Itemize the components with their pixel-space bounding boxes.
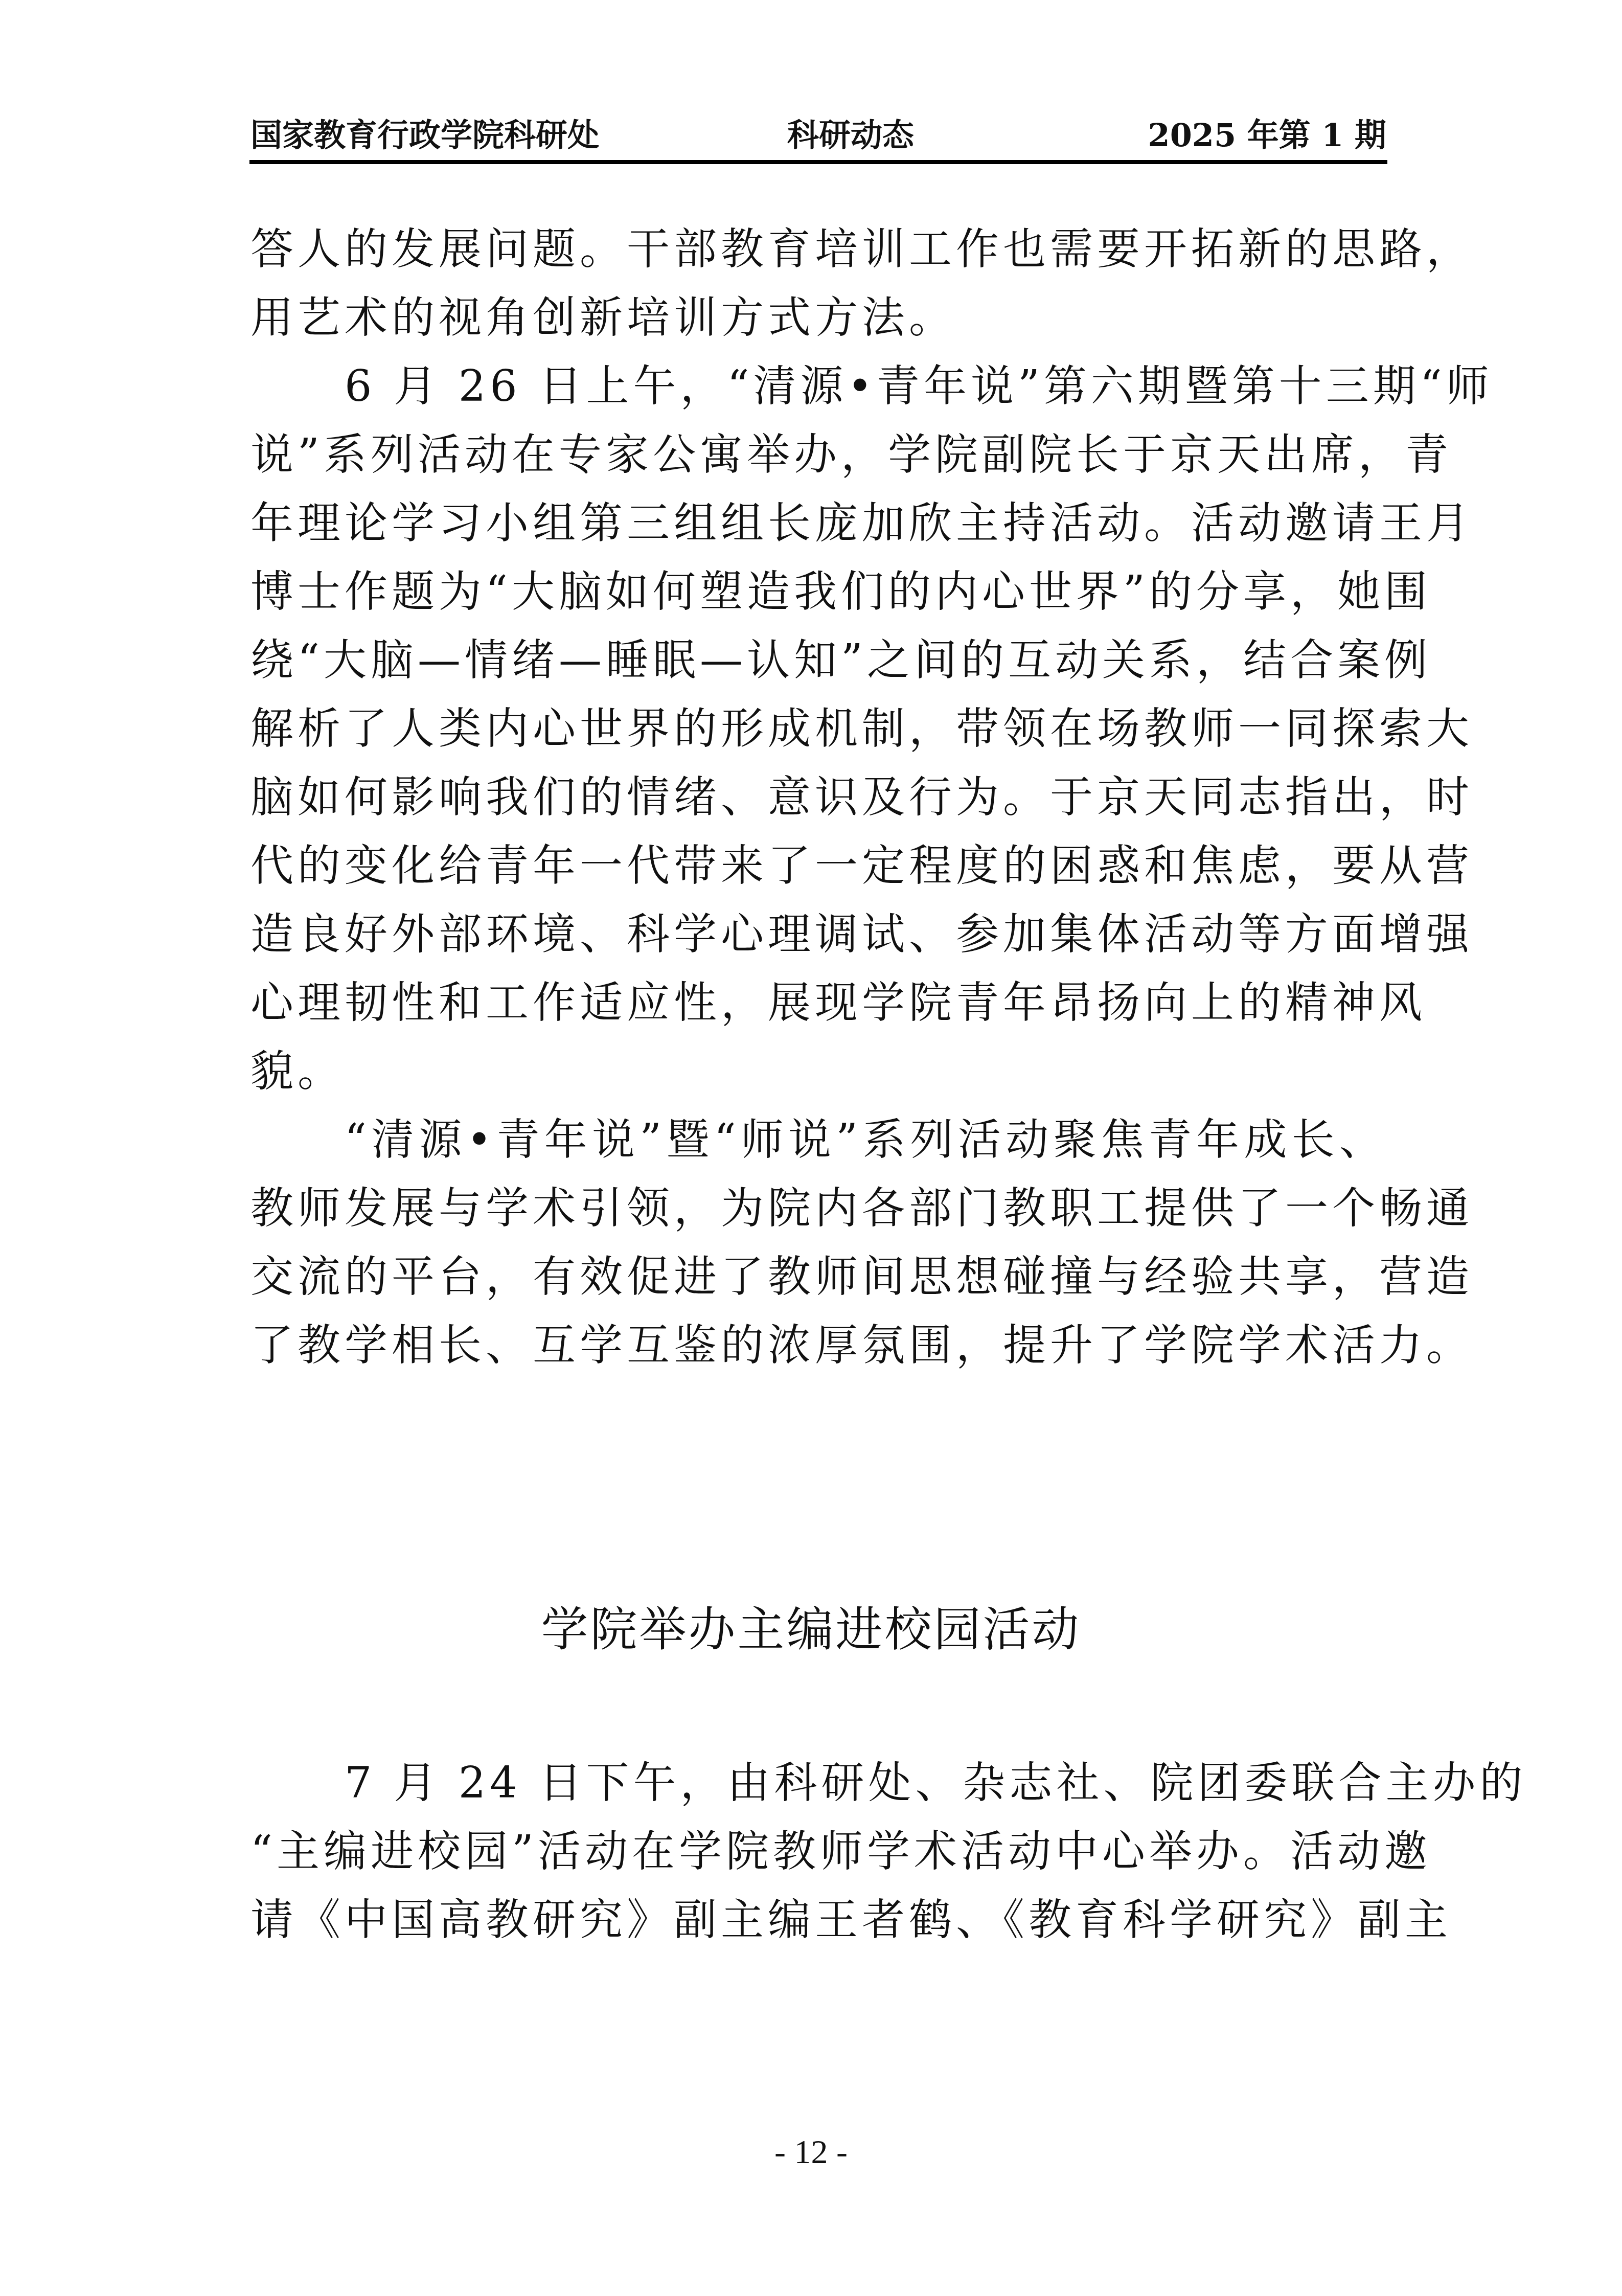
text-line: 交流的平台，有效促进了教师间思想碰撞与经验共享，营造 xyxy=(250,1242,1386,1311)
text-line: 脑如何影响我们的情绪、意识及行为。于京天同志指出，时 xyxy=(250,763,1386,831)
text-line: 7 月 24 日下午，由科研处、杂志社、院团委联合主办的 xyxy=(250,1748,1386,1817)
text-line: 了教学相长、互学互鉴的浓厚氛围，提升了学院学术活力。 xyxy=(250,1311,1386,1379)
paragraph-series-summary: “清源•青年说”暨“师说”系列活动聚焦青年成长、 教师发展与学术引领，为院内各部… xyxy=(250,1105,1386,1379)
text-line: 说”系列活动在专家公寓举办，学院副院长于京天出席，青 xyxy=(250,420,1386,489)
text-line: 6 月 26 日上午，“清源•青年说”第六期暨第十三期“师 xyxy=(250,352,1386,420)
paragraph-editor-event: 7 月 24 日下午，由科研处、杂志社、院团委联合主办的 “主编进校园”活动在学… xyxy=(250,1748,1386,1954)
text-line: 用艺术的视角创新培训方式方法。 xyxy=(250,283,1386,352)
text-line: 心理韧性和工作适应性，展现学院青年昂扬向上的精神风 xyxy=(250,968,1386,1037)
text-line: 教师发展与学术引领，为院内各部门教职工提供了一个畅通 xyxy=(250,1174,1386,1242)
running-header: 国家教育行政学院科研处 科研动态 2025 年第 1 期 xyxy=(250,115,1386,156)
header-publication-title: 科研动态 xyxy=(787,115,914,156)
text-line: 绕“大脑—情绪—睡眠—认知”之间的互动关系，结合案例 xyxy=(250,626,1386,694)
header-rule xyxy=(249,160,1387,164)
paragraph-qingyuan-event: 6 月 26 日上午，“清源•青年说”第六期暨第十三期“师 说”系列活动在专家公… xyxy=(250,352,1386,1105)
text-line: 解析了人类内心世界的形成机制，带领在场教师一同探索大 xyxy=(250,694,1386,763)
text-line: 请《中国高教研究》副主编王者鹤、《教育科学研究》副主 xyxy=(250,1885,1386,1954)
text-line: 年理论学习小组第三组组长庞加欣主持活动。活动邀请王月 xyxy=(250,489,1386,557)
text-line: 貌。 xyxy=(250,1037,1386,1105)
header-issue: 2025 年第 1 期 xyxy=(1148,115,1386,156)
header-organization: 国家教育行政学院科研处 xyxy=(250,115,599,156)
text-line: “清源•青年说”暨“师说”系列活动聚焦青年成长、 xyxy=(250,1105,1386,1174)
text-line: 答人的发展问题。干部教育培训工作也需要开拓新的思路， xyxy=(250,215,1386,283)
text-line: 代的变化给青年一代带来了一定程度的困惑和焦虑，要从营 xyxy=(250,831,1386,900)
text-line: 博士作题为“大脑如何塑造我们的内心世界”的分享，她围 xyxy=(250,557,1386,626)
text-line: 造良好外部环境、科学心理调试、参加集体活动等方面增强 xyxy=(250,900,1386,968)
section-heading: 学院举办主编进校园活动 xyxy=(0,1599,1622,1661)
document-page: 国家教育行政学院科研处 科研动态 2025 年第 1 期 答人的发展问题。干部教… xyxy=(0,0,1622,2296)
section1-continuation: 答人的发展问题。干部教育培训工作也需要开拓新的思路， 用艺术的视角创新培训方式方… xyxy=(250,215,1386,352)
text-line: “主编进校园”活动在学院教师学术活动中心举办。活动邀 xyxy=(250,1817,1386,1885)
page-number: - 12 - xyxy=(0,2132,1622,2173)
